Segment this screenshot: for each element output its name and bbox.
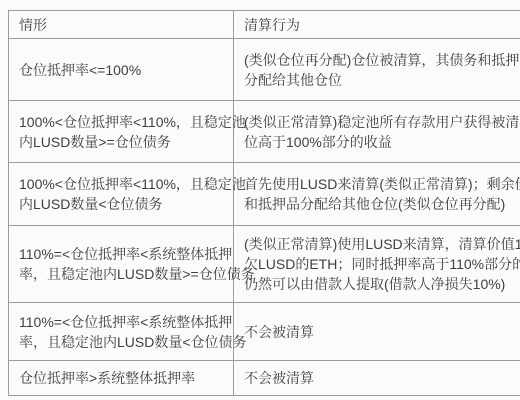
cell-behavior: 不会被清算 bbox=[234, 303, 520, 361]
cell-situation: 仓位抵押率<=100% bbox=[9, 39, 234, 101]
liquidation-table: 情形 清算行为 仓位抵押率<=100% (类似仓位再分配)仓位被清算，其债务和抵… bbox=[8, 10, 520, 396]
column-header-behavior: 清算行为 bbox=[234, 11, 520, 39]
cell-behavior: (类似正常清算)稳定池所有存款用户获得被清算仓 位高于100%部分的收益 bbox=[234, 101, 520, 163]
cell-behavior: (类似仓位再分配)仓位被清算，其债务和抵押品会 分配给其他仓位 bbox=[234, 39, 520, 101]
table-row: 仓位抵押率>系统整体抵押率 不会被清算 bbox=[9, 361, 520, 396]
table-row: 100%<仓位抵押率<110%，且稳定池 内LUSD数量>=仓位债务 (类似正常… bbox=[9, 101, 520, 163]
table-row: 110%=<仓位抵押率<系统整体抵押 率，且稳定池内LUSD数量<仓位债务 不会… bbox=[9, 303, 520, 361]
cell-situation: 100%<仓位抵押率<110%，且稳定池 内LUSD数量<仓位债务 bbox=[9, 163, 234, 226]
cell-behavior: 不会被清算 bbox=[234, 361, 520, 396]
cell-situation: 110%=<仓位抵押率<系统整体抵押 率，且稳定池内LUSD数量>=仓位债务 bbox=[9, 226, 234, 303]
cell-situation: 仓位抵押率>系统整体抵押率 bbox=[9, 361, 234, 396]
cell-behavior: (类似正常清算)使用LUSD来清算，清算价值1.1*所 欠LUSD的ETH；同时… bbox=[234, 226, 520, 303]
table-row: 仓位抵押率<=100% (类似仓位再分配)仓位被清算，其债务和抵押品会 分配给其… bbox=[9, 39, 520, 101]
table-header-row: 情形 清算行为 bbox=[9, 11, 520, 39]
cell-situation: 100%<仓位抵押率<110%，且稳定池 内LUSD数量>=仓位债务 bbox=[9, 101, 234, 163]
column-header-situation: 情形 bbox=[9, 11, 234, 39]
table-row: 100%<仓位抵押率<110%，且稳定池 内LUSD数量<仓位债务 首先使用LU… bbox=[9, 163, 520, 226]
cell-behavior: 首先使用LUSD来清算(类似正常清算)；剩余债务 和抵押品分配给其他仓位(类似仓… bbox=[234, 163, 520, 226]
cell-situation: 110%=<仓位抵押率<系统整体抵押 率，且稳定池内LUSD数量<仓位债务 bbox=[9, 303, 234, 361]
table-row: 110%=<仓位抵押率<系统整体抵押 率，且稳定池内LUSD数量>=仓位债务 (… bbox=[9, 226, 520, 303]
